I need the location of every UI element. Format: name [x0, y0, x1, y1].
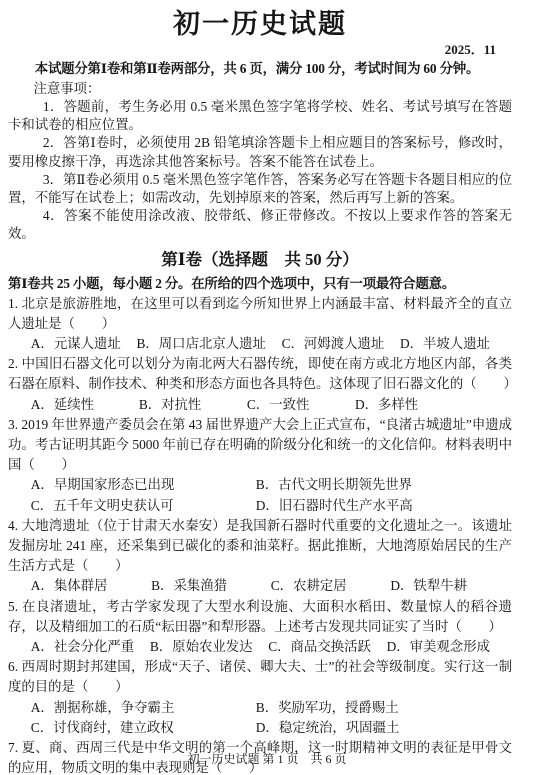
notice-item-4: 4．答案不能使用涂改液、胶带纸、修正带修改。不按以上要求作答的答案无效。: [8, 207, 512, 243]
notice-item-2: 2．答第Ⅰ卷时，必须使用 2B 铅笔填涂答题卡上相应题目的答案标号，修改时，要用…: [8, 134, 512, 170]
option-b: B．对抗性: [139, 395, 247, 415]
option-a: A．集体群居: [31, 576, 108, 596]
option-a: A．割据称雄，争夺霸主: [31, 698, 256, 718]
option-d: D．半坡人遗址: [400, 334, 490, 354]
exam-page: 初一历史试题 2025．11 本试题分第Ⅰ卷和第Ⅱ卷两部分，共 6 页，满分 1…: [0, 0, 534, 775]
question-2-options: A．延续性 B．对抗性 C．一致性 D．多样性: [8, 395, 463, 415]
page-footer: 初一历史试题 第 1 页 共 6 页: [0, 752, 534, 767]
option-b: B．周口店北京人遗址: [136, 334, 265, 354]
option-a: A．元谋人遗址: [31, 334, 121, 354]
question-4-options: A．集体群居 B．采集渔猎 C．农耕定居 D．铁犁牛耕: [8, 576, 512, 596]
question-3: 3. 2019 年世界遗产委员会在第 43 届世界遗产大会上正式宣布，“良渚古城…: [8, 415, 512, 516]
option-b: B．奖励军功，授爵赐土: [256, 698, 512, 718]
question-1-text: 1. 北京是旅游胜地，在这里可以看到迄今所知世界上内涵最丰富、材料最齐全的直立人…: [8, 294, 512, 334]
question-2-text: 2. 中国旧石器文化可以划分为南北两大石器传统，即使在南方或北方地区内部，各类石…: [8, 354, 512, 394]
notice-list: 1．答题前，考生务必用 0.5 毫米黑色签字笔将学校、姓名、考试号填写在答题卡和…: [8, 98, 512, 244]
exam-title: 初一历史试题: [8, 6, 512, 42]
option-a: A．延续性: [31, 395, 139, 415]
question-5-text: 5. 在良渚遗址，考古学家发现了大型水利设施、大面积水稻田、数量惊人的稻谷遗存，…: [8, 597, 512, 637]
option-a: A．社会分化严重: [31, 637, 134, 657]
question-4-text: 4. 大地湾遗址（位于甘肃天水秦安）是我国新石器时代重要的文化遗址之一。该遗址发…: [8, 516, 512, 577]
option-b: B．原始农业发达: [150, 637, 253, 657]
question-3-options: A．早期国家形态已出现 B．古代文明长期领先世界 C．五千年文明史获认可 D．旧…: [8, 475, 512, 515]
question-3-text: 3. 2019 年世界遗产委员会在第 43 届世界遗产大会上正式宣布，“良渚古城…: [8, 415, 512, 476]
option-c: C．讨伐商纣，建立政权: [31, 718, 256, 738]
option-d: D．稳定统治，巩固疆土: [256, 718, 512, 738]
option-c: C．农耕定居: [271, 576, 347, 596]
option-d: D．铁犁牛耕: [390, 576, 467, 596]
exam-date: 2025．11: [8, 42, 512, 58]
section-1-heading: 第Ⅰ卷（选择题 共 50 分）: [8, 249, 512, 271]
question-1-options: A．元谋人遗址 B．周口店北京人遗址 C．河姆渡人遗址 D．半坡人遗址: [8, 334, 512, 354]
question-2: 2. 中国旧石器文化可以划分为南北两大石器传统，即使在南方或北方地区内部，各类石…: [8, 354, 512, 415]
option-d: D．旧石器时代生产水平高: [256, 496, 512, 516]
exam-intro-line: 本试题分第Ⅰ卷和第Ⅱ卷两部分，共 6 页，满分 100 分，考试时间为 60 分…: [8, 60, 512, 78]
question-6: 6. 西周时期封邦建国，形成“天子、诸侯、卿大夫、士”的社会等级制度。实行这一制…: [8, 657, 512, 738]
notice-item-1: 1．答题前，考生务必用 0.5 毫米黑色签字笔将学校、姓名、考试号填写在答题卡和…: [8, 98, 512, 134]
notice-item-3: 3．第Ⅱ卷必须用 0.5 毫米黑色签字笔作答，答案务必写在答题卡各题目相应的位置…: [8, 171, 512, 207]
option-c: C．商品交换活跃: [268, 637, 371, 657]
option-b: B．采集渔猎: [151, 576, 227, 596]
option-c: C．五千年文明史获认可: [31, 496, 256, 516]
option-d: D．审美观念形成: [387, 637, 490, 657]
question-5-options: A．社会分化严重 B．原始农业发达 C．商品交换活跃 D．审美观念形成: [8, 637, 512, 657]
question-5: 5. 在良渚遗址，考古学家发现了大型水利设施、大面积水稻田、数量惊人的稻谷遗存，…: [8, 597, 512, 658]
notice-label: 注意事项：: [8, 80, 512, 98]
option-a: A．早期国家形态已出现: [31, 475, 256, 495]
question-4: 4. 大地湾遗址（位于甘肃天水秦安）是我国新石器时代重要的文化遗址之一。该遗址发…: [8, 516, 512, 597]
option-c: C．一致性: [247, 395, 355, 415]
option-d: D．多样性: [355, 395, 463, 415]
section-1-instruction: 第Ⅰ卷共 25 小题，每小题 2 分。在所给的四个选项中，只有一项最符合题意。: [8, 274, 512, 294]
question-6-options: A．割据称雄，争夺霸主 B．奖励军功，授爵赐土 C．讨伐商纣，建立政权 D．稳定…: [8, 698, 512, 738]
option-c: C．河姆渡人遗址: [282, 334, 385, 354]
question-6-text: 6. 西周时期封邦建国，形成“天子、诸侯、卿大夫、士”的社会等级制度。实行这一制…: [8, 657, 512, 697]
option-b: B．古代文明长期领先世界: [256, 475, 512, 495]
question-1: 1. 北京是旅游胜地，在这里可以看到迄今所知世界上内涵最丰富、材料最齐全的直立人…: [8, 294, 512, 355]
